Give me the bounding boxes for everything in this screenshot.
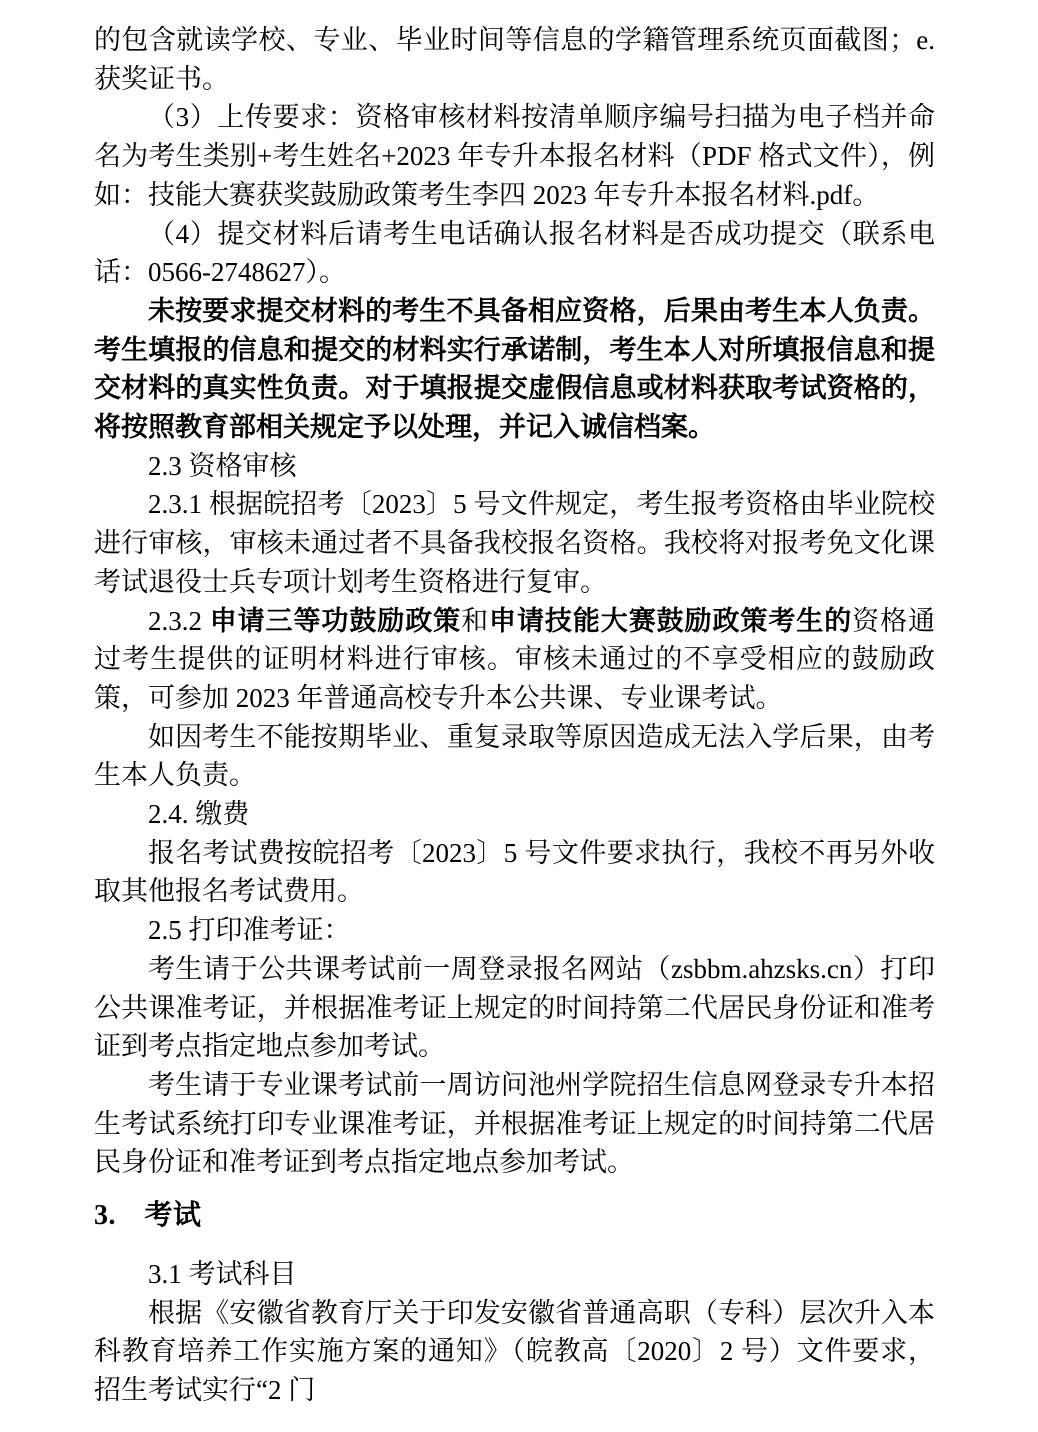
para-3-upload-requirements: （3）上传要求：资格审核材料按清单顺序编号扫描为电子档并命名为考生类别+考生姓名…: [94, 98, 935, 214]
heading-3-exam: 3. 考试: [94, 1197, 935, 1236]
document-page: 的包含就读学校、专业、毕业时间等信息的学籍管理系统页面截图；e. 获奖证书。 （…: [0, 0, 1038, 1432]
para-exam-basis: 根据《安徽省教育厅关于印发安徽省普通高职（专科）层次升入本科教育培养工作实施方案…: [94, 1294, 935, 1410]
para-heading-2-5: 2.5 打印准考证：: [94, 911, 935, 950]
para-print-public-course-ticket: 考生请于公共课考试前一周登录报名网站（zsbbm.ahzsks.cn）打印公共课…: [94, 950, 935, 1066]
para-continued-certificate-list: 的包含就读学校、专业、毕业时间等信息的学籍管理系统页面截图；e. 获奖证书。: [94, 21, 935, 98]
text-segment: 2.5 打印准考证：: [148, 915, 351, 945]
text-segment: 考生请于公共课考试前一周登录报名网站（zsbbm.ahzsks.cn）打印公共课…: [94, 954, 935, 1061]
text-segment: 3.1 考试科目: [148, 1259, 297, 1289]
para-heading-3-1: 3.1 考试科目: [94, 1255, 935, 1294]
text-segment: 未按要求提交材料的考生不具备相应资格，后果由考生本人负责。考生填报的信息和提交的…: [94, 296, 935, 442]
para-2-3-1-qualification-review: 2.3.1 根据皖招考〔2023〕5 号文件规定，考生报考资格由毕业院校进行审核…: [94, 485, 935, 601]
text-segment: 申请技能大赛鼓励政策考生的: [489, 606, 852, 636]
para-print-major-course-ticket: 考生请于专业课考试前一周访问池州学院招生信息网登录专升本招生考试系统打印专业课准…: [94, 1066, 935, 1182]
text-segment: 3. 考试: [94, 1200, 202, 1231]
text-segment: 根据《安徽省教育厅关于印发安徽省普通高职（专科）层次升入本科教育培养工作实施方案…: [94, 1298, 935, 1405]
text-segment: 2.3.2: [148, 606, 210, 636]
para-enrollment-responsibility: 如因考生不能按期毕业、重复录取等原因造成无法入学后果，由考生本人负责。: [94, 718, 935, 795]
text-segment: 申请三等功鼓励政策: [210, 606, 461, 636]
para-commitment-warning: 未按要求提交材料的考生不具备相应资格，后果由考生本人负责。考生填报的信息和提交的…: [94, 292, 935, 447]
text-segment: 报名考试费按皖招考〔2023〕5 号文件要求执行，我校不再另外收取其他报名考试费…: [94, 838, 935, 907]
text-segment: 考生请于专业课考试前一周访问池州学院招生信息网登录专升本招生考试系统打印专业课准…: [94, 1070, 935, 1177]
text-segment: 的包含就读学校、专业、毕业时间等信息的学籍管理系统页面截图；e. 获奖证书。: [94, 25, 935, 94]
text-segment: 2.4. 缴费: [148, 799, 249, 829]
para-heading-2-4: 2.4. 缴费: [94, 795, 935, 834]
text-segment: 2.3.1 根据皖招考〔2023〕5 号文件规定，考生报考资格由毕业院校进行审核…: [94, 489, 935, 596]
text-segment: 2.3 资格审核: [148, 451, 297, 481]
text-segment: （3）上传要求：资格审核材料按清单顺序编号扫描为电子档并命名为考生类别+考生姓名…: [94, 102, 935, 209]
para-2-3-2-incentive-policy-review: 2.3.2 申请三等功鼓励政策和申请技能大赛鼓励政策考生的资格通过考生提供的证明…: [94, 602, 935, 718]
para-heading-2-3: 2.3 资格审核: [94, 447, 935, 486]
text-segment: （4）提交材料后请考生电话确认报名材料是否成功提交（联系电话：0566-2748…: [94, 219, 935, 288]
para-exam-fee: 报名考试费按皖招考〔2023〕5 号文件要求执行，我校不再另外收取其他报名考试费…: [94, 834, 935, 911]
para-4-phone-confirmation: （4）提交材料后请考生电话确认报名材料是否成功提交（联系电话：0566-2748…: [94, 215, 935, 292]
text-segment: 和: [461, 606, 489, 636]
text-segment: 如因考生不能按期毕业、重复录取等原因造成无法入学后果，由考生本人负责。: [94, 722, 935, 791]
